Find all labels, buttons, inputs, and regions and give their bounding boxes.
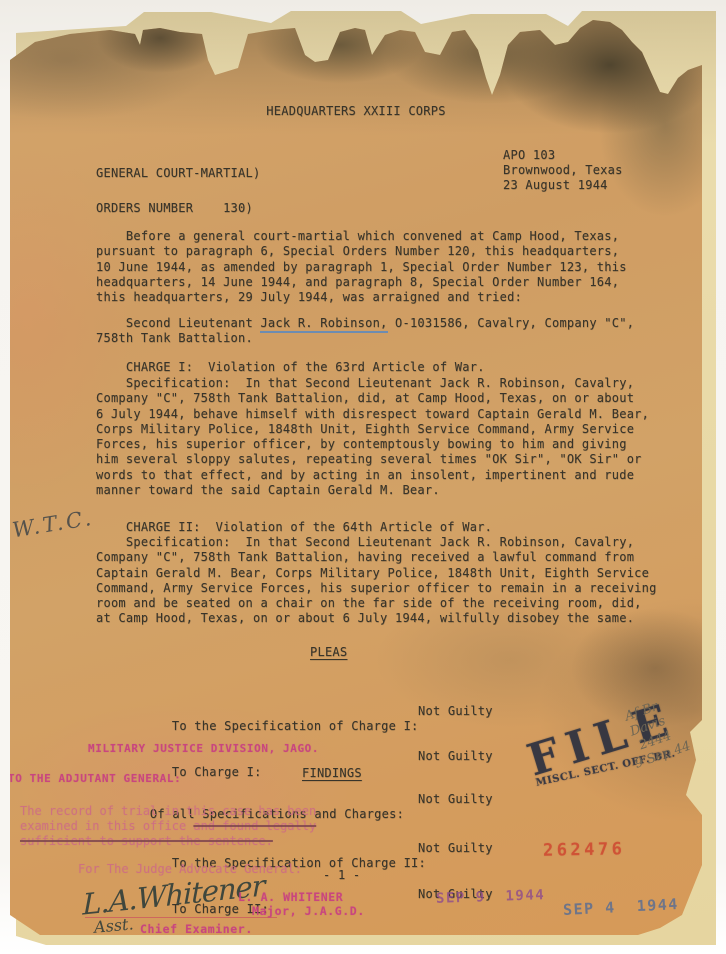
page-number: - 1 - — [323, 868, 360, 883]
wtc-handwritten-initials: W.T.C. — [11, 506, 96, 543]
asst-handwritten: Asst. — [93, 914, 134, 936]
examiner-note-stamp: The record of trial in this case has bee… — [20, 804, 316, 849]
findings-heading: FINDINGS — [302, 766, 362, 781]
charge-1-specification: Specification: In that Second Lieutenant… — [96, 376, 649, 498]
examiner-note-line2a: examined in this office — [20, 819, 193, 833]
military-justice-division-stamp: MILITARY JUSTICE DIVISION, JAGO. — [88, 742, 319, 755]
examiner-note-line1: The record of trial in this case has bee… — [20, 804, 316, 818]
whitener-name-stamp: L. A. WHITENER — [238, 890, 343, 904]
accused-name-underlined: Jack R. Robinson, — [260, 316, 387, 333]
plea-value: Not Guilty — [418, 749, 493, 764]
for-judge-advocate-general-stamp: For The Judge Advocate General: — [78, 862, 302, 877]
examiner-note-line2b-struck: and found legally — [193, 819, 316, 833]
accused-post: O-1031586, Cavalry, Company "C", — [388, 316, 635, 330]
plea-value: Not Guilty — [418, 704, 493, 719]
accused-line: Second Lieutenant Jack R. Robinson, O-10… — [96, 316, 634, 331]
court-martial-document: HEADQUARTERS XXIII CORPS GENERAL COURT-M… — [10, 20, 702, 935]
charge-1-heading: CHARGE I: Violation of the 63rd Article … — [96, 360, 485, 375]
header-orders-number: ORDERS NUMBER 130) — [96, 201, 253, 216]
pleas-heading: PLEAS — [310, 645, 347, 660]
plea-label: To Charge I: — [172, 765, 262, 779]
plea-label: To the Specification of Charge I: — [172, 719, 419, 733]
header-date: 23 August 1944 — [503, 178, 608, 193]
whitener-title-stamp: Chief Examiner. — [140, 922, 253, 936]
charge-2-heading: CHARGE II: Violation of the 64th Article… — [96, 520, 492, 535]
findings-value: Not Guilty — [418, 792, 493, 807]
sep-4-1944-date-stamp: SEP 4 1944 — [563, 895, 680, 919]
accused-unit: 758th Tank Battalion. — [96, 331, 253, 346]
intro-paragraph: Before a general court-martial which con… — [96, 229, 627, 305]
header-court-martial: GENERAL COURT-MARTIAL) — [96, 166, 260, 181]
whitener-rank-stamp: Major, J.A.G.D. — [252, 904, 365, 918]
accused-pre: Second Lieutenant — [96, 316, 260, 330]
to-adjutant-general-stamp: TO THE ADJUTANT GENERAL: — [8, 772, 181, 785]
plea-row: To the Specification of Charge I: Not Gu… — [127, 704, 567, 719]
examiner-note-line3-struck: sufficient to support the sentence. — [20, 834, 273, 848]
header-apo: APO 103 — [503, 148, 555, 163]
header-location: Brownwood, Texas — [503, 163, 623, 178]
serial-number-stamp: 262476 — [543, 839, 626, 860]
charge-2-specification: Specification: In that Second Lieutenant… — [96, 535, 657, 627]
document-title: HEADQUARTERS XXIII CORPS — [10, 104, 702, 119]
